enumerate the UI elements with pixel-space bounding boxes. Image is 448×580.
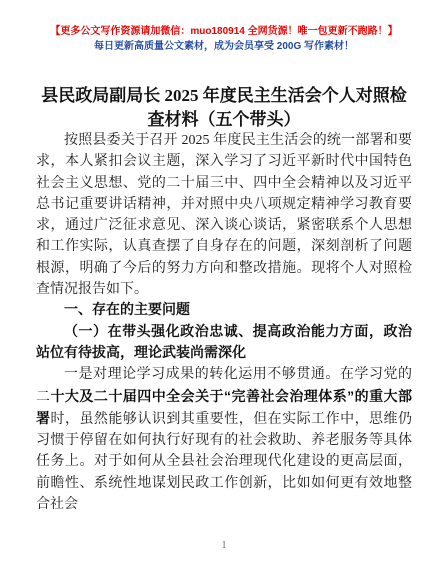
paragraph-intro: 按照县委关于召开 2025 年度民主生活会的统一部署和要求，本人紧扣会议主题，深… [36,130,412,300]
document-title: 县民政局副局长 2025 年度民主生活会个人对照检查材料（五个带头） [36,84,412,132]
document-page: 【更多公文写作资源请加微信：muo180914 全网货源！唯一包更新不跑路！】 … [0,0,448,580]
subsection-heading-political-loyalty: （一）在带头强化政治忠诚、提高政治能力方面，政治站位有待拔高，理论武装尚需深化 [36,322,412,365]
promo-banner: 【更多公文写作资源请加微信：muo180914 全网货源！唯一包更新不跑路！】 … [0,25,448,53]
item1-text-post: 时，虽然能够认识到其重要性，但在实际工作中，思维仍习惯于停留在如何执行好现有的社… [36,412,412,512]
paragraph-item1: 一是对理论学习成果的转化运用不够贯通。在学习党的二十大及二十届四中全会关于“完善… [36,364,412,515]
promo-banner-line2: 每日更新高质量公文素材，成为会员享受 200G 写作素材！ [0,40,448,53]
document-body: 按照县委关于召开 2025 年度民主生活会的统一部署和要求，本人紧扣会议主题，深… [36,130,412,515]
section-heading-problems: 一、存在的主要问题 [36,300,412,321]
page-number: 1 [0,540,448,552]
promo-banner-line1: 【更多公文写作资源请加微信：muo180914 全网货源！唯一包更新不跑路！】 [0,25,448,38]
